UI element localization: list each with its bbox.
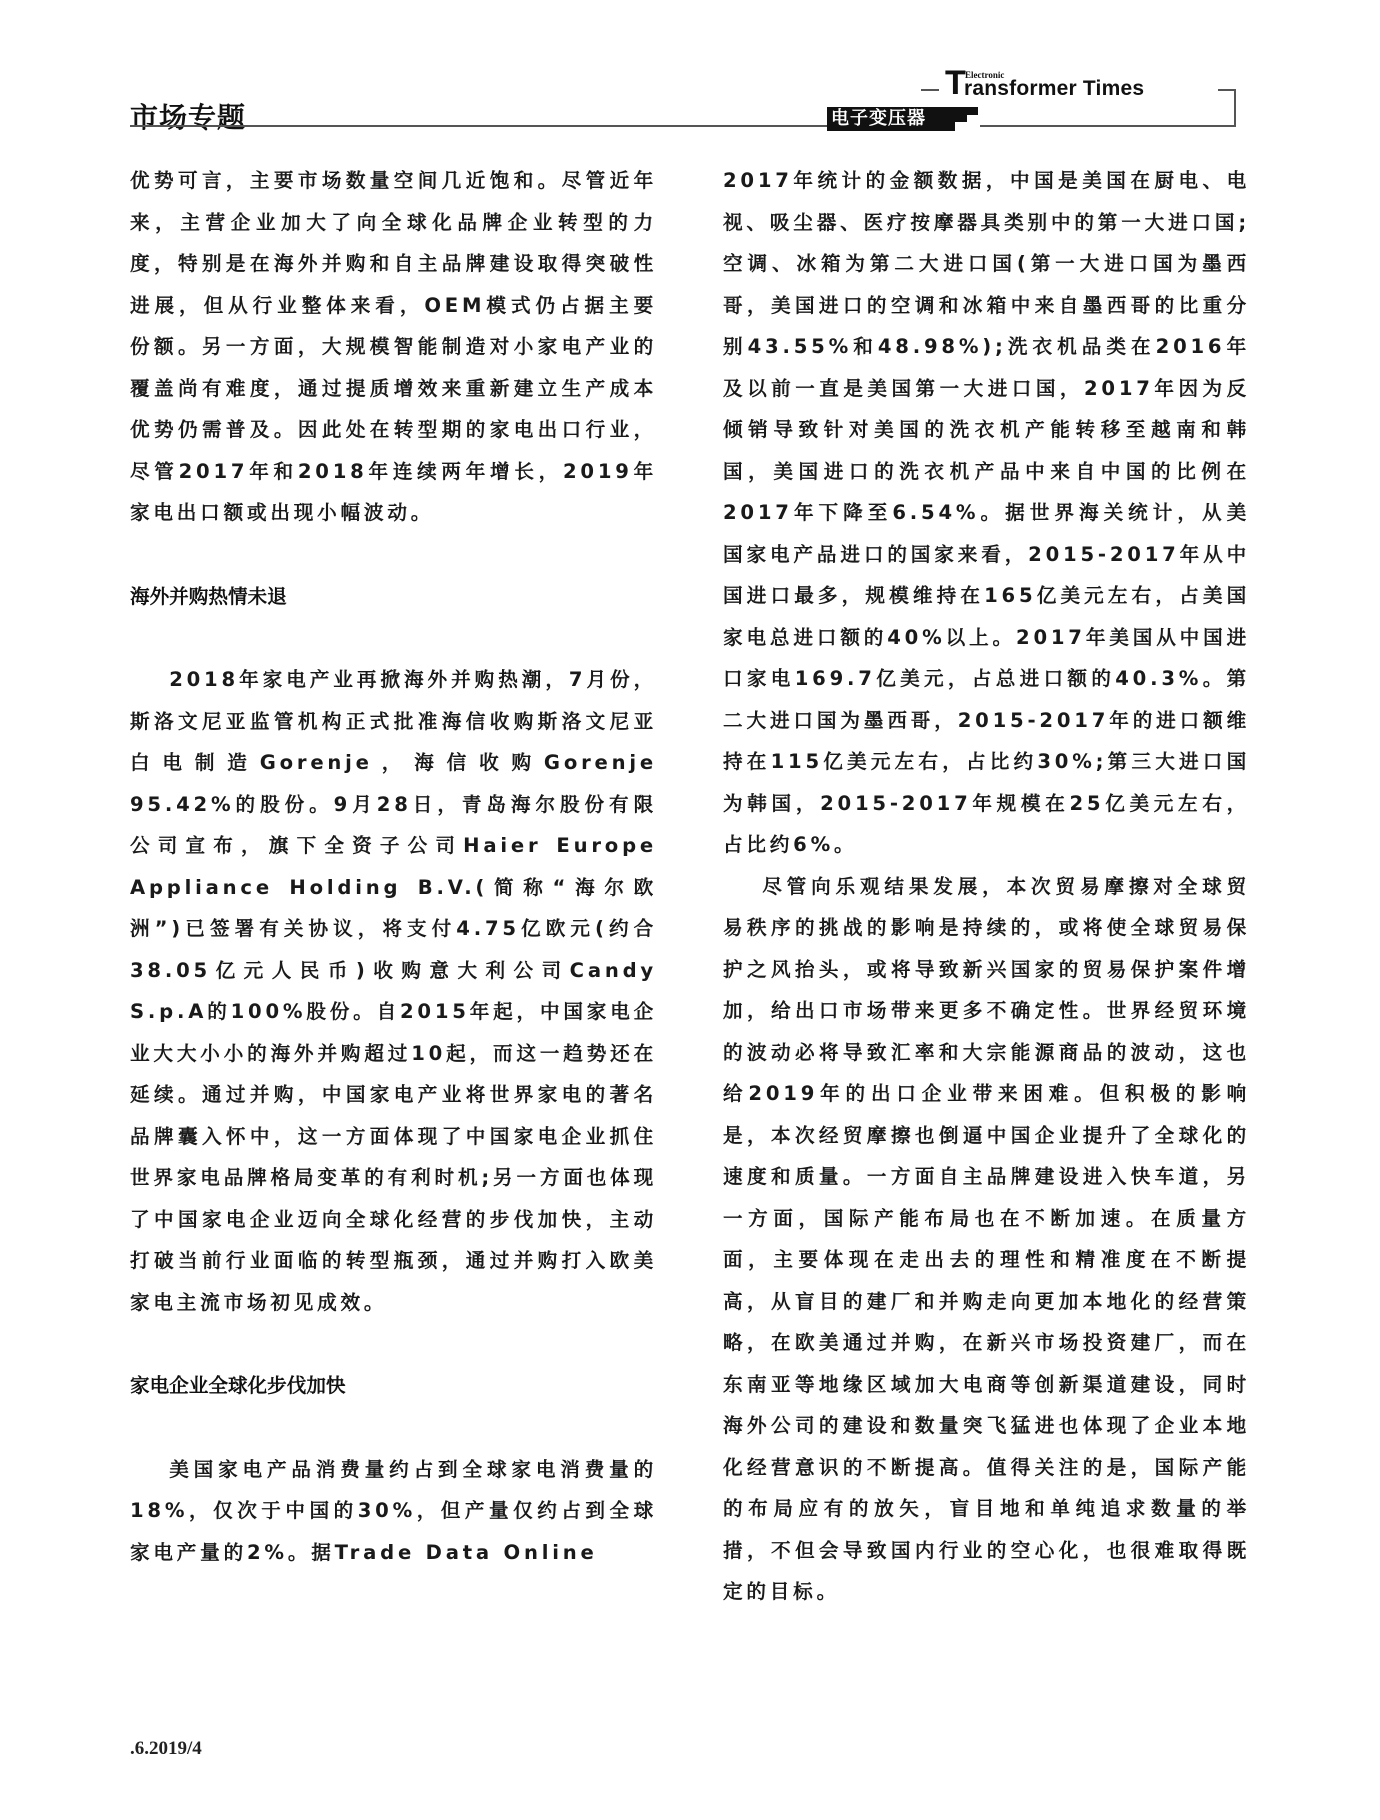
paragraph: 2017年统计的金额数据，中国是美国在厨电、电视、吸尘器、医疗按摩器具类别中的第…: [723, 160, 1250, 866]
logo-step-decoration: [951, 121, 955, 131]
page-number: .6.2019/4: [130, 1738, 202, 1760]
brand-letter-t: T: [945, 66, 966, 100]
right-column: 2017年统计的金额数据，中国是美国在厨电、电视、吸尘器、医疗按摩器具类别中的第…: [723, 160, 1250, 1613]
paragraph: 尽管向乐观结果发展，本次贸易摩擦对全球贸易秩序的挑战的影响是持续的，或将使全球贸…: [723, 866, 1250, 1613]
left-column: 优势可言，主要市场数量空间几近饱和。尽管近年来，主营企业加大了向全球化品牌企业转…: [130, 160, 657, 1573]
section-heading: 海外并购热情未退: [130, 576, 657, 618]
paragraph: 2018年家电产业再掀海外并购热潮，7月份，斯洛文尼亚监管机构正式批准海信收购斯…: [130, 659, 657, 1323]
paragraph: 美国家电产品消费量约占到全球家电消费量的18%，仅次于中国的30%，但产量仅约占…: [130, 1449, 657, 1574]
brand-dash: [921, 89, 939, 91]
header-rule-right: [980, 125, 1236, 127]
spacer: [130, 617, 657, 659]
paragraph: 优势可言，主要市场数量空间几近饱和。尽管近年来，主营企业加大了向全球化品牌企业转…: [130, 160, 657, 534]
spacer: [130, 1407, 657, 1449]
section-title: 市场专题: [130, 96, 246, 136]
header-rule-left: [130, 125, 867, 127]
spacer: [130, 534, 657, 576]
spacer: [130, 1323, 657, 1365]
section-heading: 家电企业全球化步伐加快: [130, 1365, 657, 1407]
magazine-logo-cn: 电子变压器: [827, 107, 952, 131]
brand-name: ransformer Times: [964, 77, 1144, 101]
header-bracket-vertical: [1234, 89, 1236, 127]
